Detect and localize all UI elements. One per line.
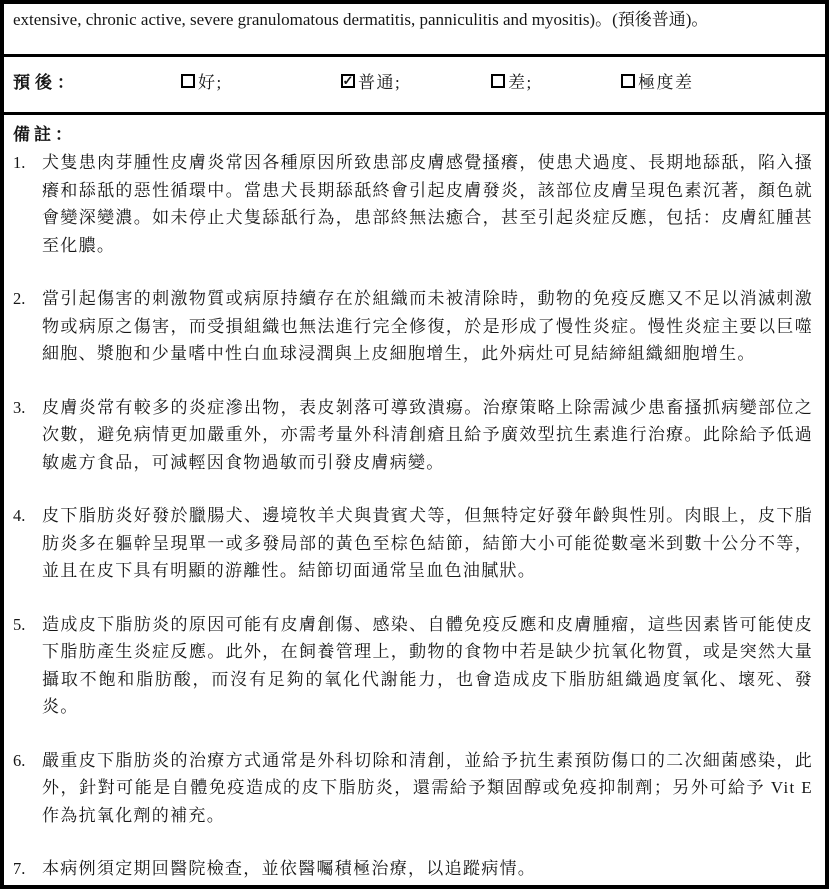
note-number: 3.	[13, 394, 42, 477]
option-label: 好;	[198, 68, 223, 93]
option-label: 普通;	[358, 68, 401, 93]
note-item: 3. 皮膚炎常有較多的炎症滲出物，表皮剝落可導致潰瘍。治療策略上除需減少患畜搔抓…	[13, 394, 813, 477]
checkbox-icon[interactable]	[491, 74, 505, 88]
note-text: 嚴重皮下脂肪炎的治療方式通常是外科切除和清創，並給予抗生素預防傷口的二次細菌感染…	[42, 747, 813, 830]
note-text: 皮下脂肪炎好發於臘腸犬、邊境牧羊犬與貴賓犬等，但無特定好發年齡與性別。肉眼上，皮…	[42, 502, 813, 585]
prognosis-options: 好; ✓ 普通; 差; 極度差	[181, 68, 815, 93]
note-text: 皮膚炎常有較多的炎症滲出物，表皮剝落可導致潰瘍。治療策略上除需減少患畜搔抓病變部…	[42, 394, 813, 477]
prognosis-option: 極度差	[621, 68, 694, 93]
prognosis-row: 預後： 好; ✓ 普通; 差; 極度差	[4, 57, 825, 115]
document-page: extensive, chronic active, severe granul…	[0, 0, 829, 889]
note-item: 6. 嚴重皮下脂肪炎的治療方式通常是外科切除和清創，並給予抗生素預防傷口的二次細…	[13, 747, 813, 830]
option-label: 差;	[508, 68, 533, 93]
note-text: 造成皮下脂肪炎的原因可能有皮膚創傷、感染、自體免疫反應和皮膚腫瘤，這些因素皆可能…	[42, 611, 813, 721]
prognosis-label: 預後：	[13, 68, 181, 93]
note-item: 7. 本病例須定期回醫院檢查，並依醫囑積極治療，以追蹤病情。	[13, 855, 813, 883]
note-number: 2.	[13, 285, 42, 368]
note-number: 5.	[13, 611, 42, 721]
checkbox-icon[interactable]	[181, 74, 195, 88]
note-text: 犬隻患肉芽腫性皮膚炎常因各種原因所致患部皮膚感覺搔癢，使患犬過度、長期地舔舐，陷…	[42, 149, 813, 259]
note-item: 2. 當引起傷害的刺激物質或病原持續存在於組織而未被清除時，動物的免疫反應又不足…	[13, 285, 813, 368]
notes-heading: 備註：	[13, 121, 813, 148]
option-label: 極度差	[638, 68, 694, 93]
prognosis-option: ✓ 普通;	[341, 68, 491, 93]
note-text: 本病例須定期回醫院檢查，並依醫囑積極治療，以追蹤病情。	[42, 855, 813, 883]
checkbox-icon[interactable]: ✓	[341, 74, 355, 88]
prognosis-option: 好;	[181, 68, 341, 93]
notes-list: 1. 犬隻患肉芽腫性皮膚炎常因各種原因所致患部皮膚感覺搔癢，使患犬過度、長期地舔…	[13, 149, 813, 883]
note-number: 4.	[13, 502, 42, 585]
note-number: 6.	[13, 747, 42, 830]
diagnosis-text: extensive, chronic active, severe granul…	[13, 9, 814, 31]
notes-section: 備註： 1. 犬隻患肉芽腫性皮膚炎常因各種原因所致患部皮膚感覺搔癢，使患犬過度、…	[4, 115, 825, 885]
note-item: 1. 犬隻患肉芽腫性皮膚炎常因各種原因所致患部皮膚感覺搔癢，使患犬過度、長期地舔…	[13, 149, 813, 259]
note-text: 當引起傷害的刺激物質或病原持續存在於組織而未被清除時，動物的免疫反應又不足以消滅…	[42, 285, 813, 368]
note-item: 4. 皮下脂肪炎好發於臘腸犬、邊境牧羊犬與貴賓犬等，但無特定好發年齡與性別。肉眼…	[13, 502, 813, 585]
note-number: 1.	[13, 149, 42, 259]
diagnosis-continuation-row: extensive, chronic active, severe granul…	[4, 4, 825, 57]
prognosis-option: 差;	[491, 68, 621, 93]
checkbox-icon[interactable]	[621, 74, 635, 88]
note-number: 7.	[13, 855, 42, 883]
note-item: 5. 造成皮下脂肪炎的原因可能有皮膚創傷、感染、自體免疫反應和皮膚腫瘤，這些因素…	[13, 611, 813, 721]
